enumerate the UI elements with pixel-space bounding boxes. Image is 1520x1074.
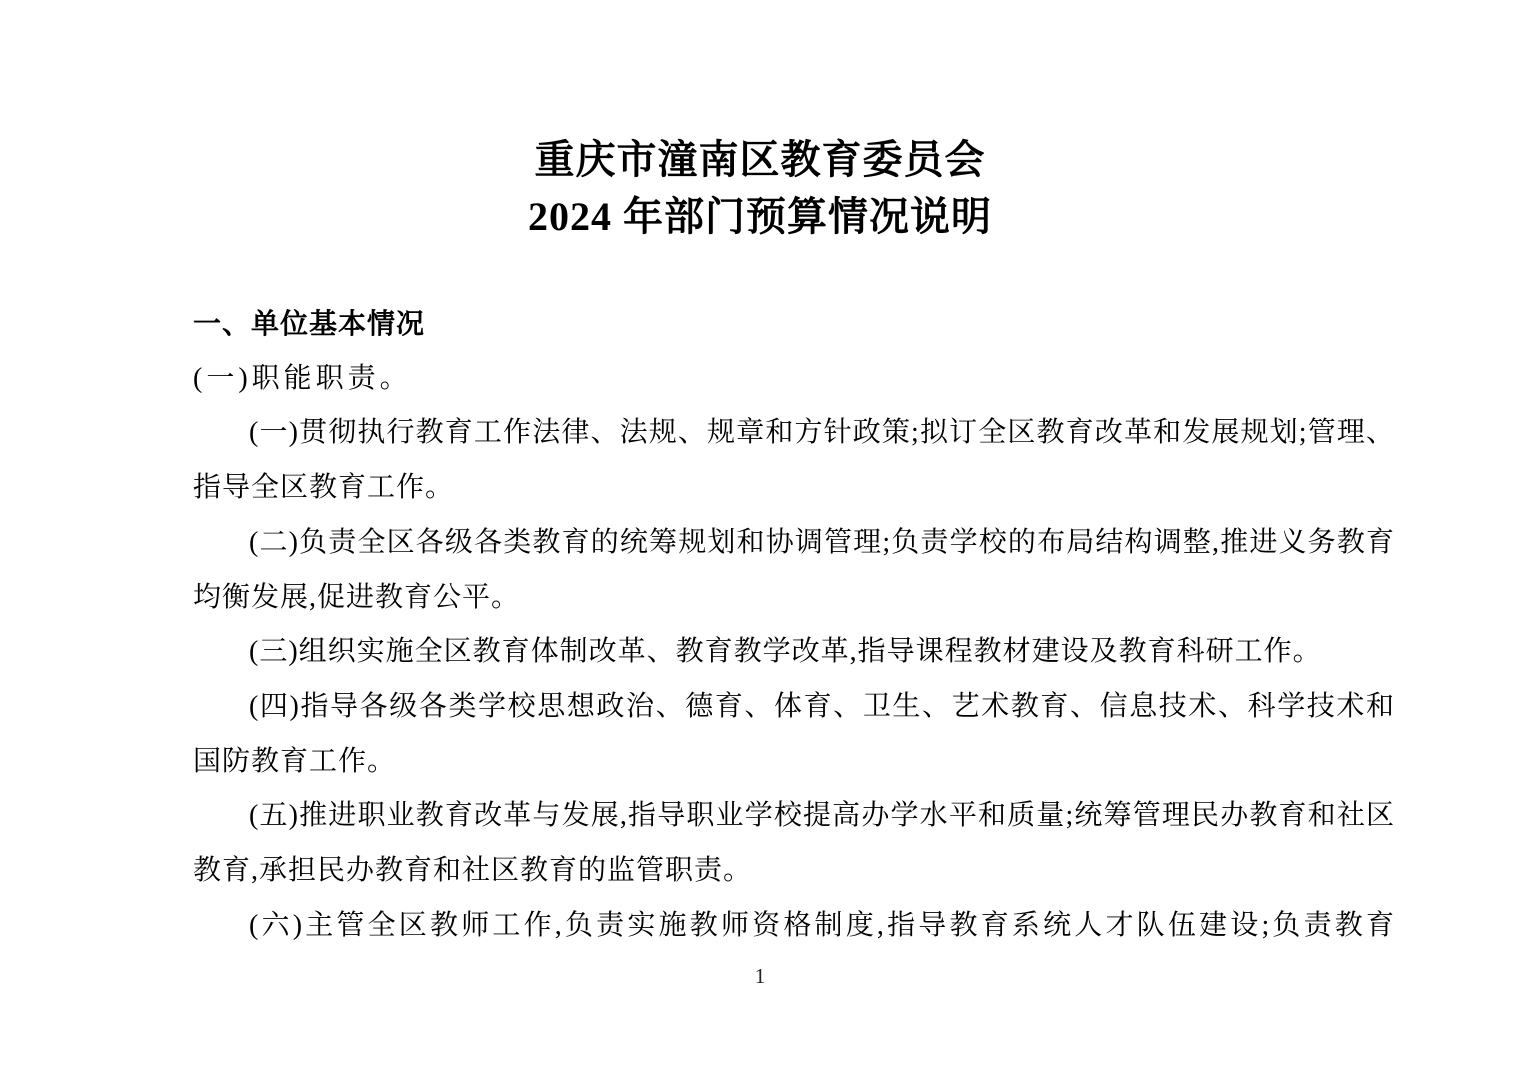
- document-title: 重庆市潼南区教育委员会 2024 年部门预算情况说明: [0, 131, 1520, 245]
- paragraph-duty-1: (一)贯彻执行教育工作法律、法规、规章和方针政策;拟订全区教育改革和发展规划;管…: [193, 406, 1395, 515]
- paragraph-duty-4: (四)指导各级各类学校思想政治、德育、体育、卫生、艺术教育、信息技术、科学技术和…: [193, 680, 1395, 789]
- document-body: 一、单位基本情况 (一)职能职责。 (一)贯彻执行教育工作法律、法规、规章和方针…: [193, 297, 1395, 953]
- subsection-heading: (一)职能职责。: [193, 352, 1395, 407]
- title-line-2: 2024 年部门预算情况说明: [0, 188, 1520, 245]
- paragraph-duty-3: (三)组织实施全区教育体制改革、教育教学改革,指导课程教材建设及教育科研工作。: [193, 625, 1395, 680]
- paragraph-duty-6: (六)主管全区教师工作,负责实施教师资格制度,指导教育系统人才队伍建设;负责教育: [193, 899, 1395, 954]
- paragraph-duty-5: (五)推进职业教育改革与发展,指导职业学校提高办学水平和质量;统筹管理民办教育和…: [193, 789, 1395, 898]
- title-line-1: 重庆市潼南区教育委员会: [0, 131, 1520, 188]
- page-number: 1: [0, 963, 1520, 989]
- document-page: 重庆市潼南区教育委员会 2024 年部门预算情况说明 一、单位基本情况 (一)职…: [0, 0, 1520, 1074]
- section-heading: 一、单位基本情况: [193, 297, 1395, 352]
- paragraph-duty-2: (二)负责全区各级各类教育的统筹规划和协调管理;负责学校的布局结构调整,推进义务…: [193, 516, 1395, 625]
